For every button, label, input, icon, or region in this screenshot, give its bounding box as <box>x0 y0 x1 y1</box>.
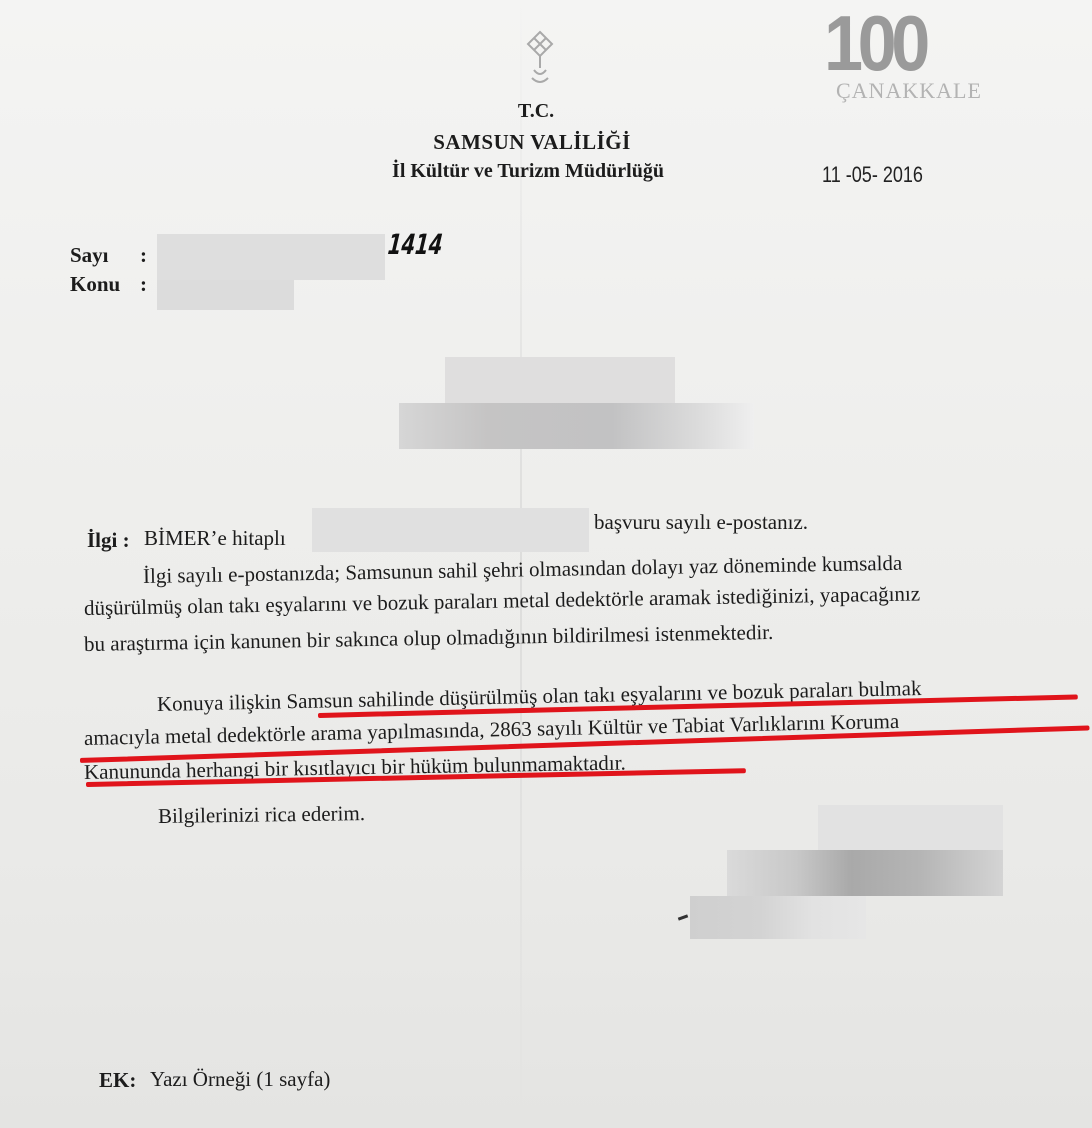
signature-stroke <box>678 914 688 920</box>
sayi-label: Sayı <box>70 243 109 268</box>
paragraph-1-line-3: bu araştırma için kanunen bir sakınca ol… <box>84 616 774 660</box>
closing-text: Bilgilerinizi rica ederim. <box>158 797 365 832</box>
redacted-recipient-line2 <box>399 403 754 449</box>
konu-colon: : <box>140 272 147 297</box>
ilgi-text-after: başvuru sayılı e-postanız. <box>594 506 808 538</box>
redacted-application-number <box>312 508 589 552</box>
redacted-konu <box>157 280 294 310</box>
canakkale-100-logo: 100 ÇANAKKALE <box>822 4 1002 99</box>
redacted-signature-bottom <box>690 896 866 939</box>
konu-label: Konu <box>70 272 120 297</box>
redacted-signature-top <box>818 805 1003 850</box>
handwritten-number: 1414 <box>386 228 444 261</box>
redacted-sayi <box>157 234 385 280</box>
date-stamp: 11 -05- 2016 <box>822 162 923 188</box>
redacted-signature-middle <box>727 850 1003 896</box>
logo-number: 100 <box>824 4 925 82</box>
sayi-colon: : <box>140 243 147 268</box>
attachment-label: EK: <box>99 1068 136 1093</box>
ilgi-text-before: BİMER’e hitaplı <box>144 522 286 554</box>
redacted-recipient-line1 <box>445 357 675 403</box>
ilgi-label: İlgi : <box>87 528 130 553</box>
attachment-text: Yazı Örneği (1 sayfa) <box>150 1063 330 1095</box>
header-governorship: SAMSUN VALİLİĞİ <box>0 130 1078 155</box>
header-tc: T.C. <box>0 100 1082 123</box>
endless-knot-emblem-icon <box>518 28 562 88</box>
